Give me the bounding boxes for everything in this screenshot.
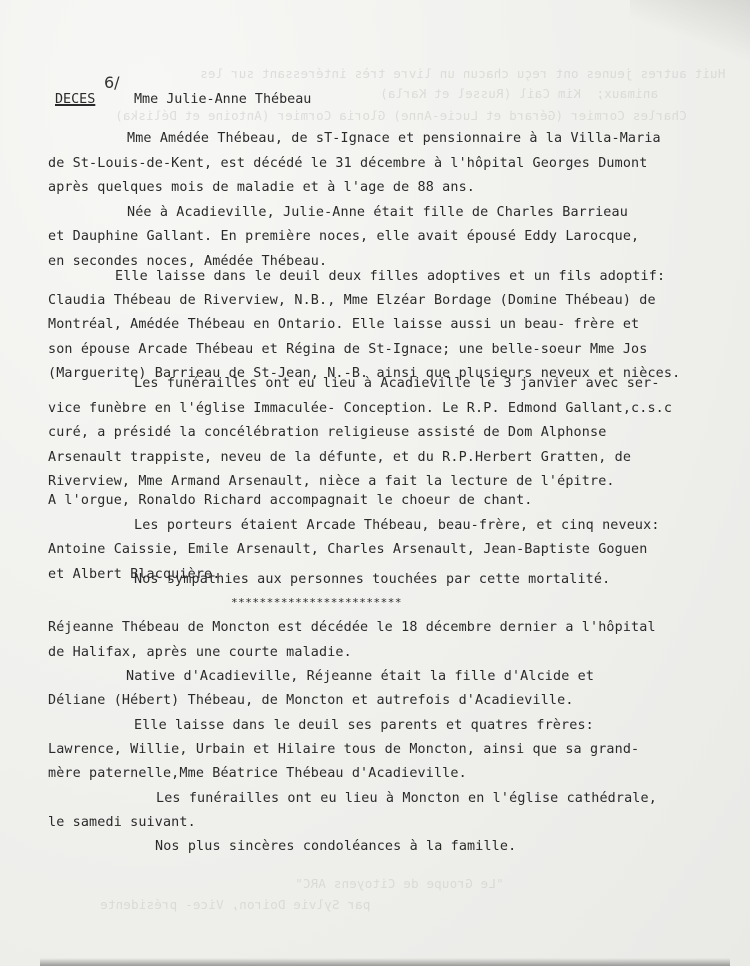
- page-edge-shadow: [40, 958, 730, 966]
- text-line: Nos plus sincères condoléances à la fami…: [155, 840, 516, 853]
- text-line: Native d'Acadieville, Réjeanne était la …: [126, 670, 594, 683]
- bleed-through-line: "Le Groupe de Citoyens ARC": [295, 876, 504, 891]
- section-heading: DECES: [55, 92, 95, 107]
- page-fold-shadow: [630, 0, 750, 60]
- text-line: mère paternelle,Mme Béatrice Thébeau d'A…: [48, 767, 467, 780]
- sympathy-line: Nos sympathies aux personnes touchées pa…: [134, 573, 610, 586]
- text-line: de St-Louis-de-Kent, est décédé le 31 dé…: [48, 157, 647, 170]
- text-line: Déliane (Hébert) Thébeau, de Moncton et …: [48, 694, 574, 707]
- text-line: Elle laisse dans le deuil deux filles ad…: [115, 270, 665, 283]
- text-line: son épouse Arcade Thébeau et Régina de S…: [48, 343, 647, 356]
- obituary-title: Mme Julie-Anne Thébeau: [134, 92, 311, 107]
- text-line: de Halifax, après une courte maladie.: [48, 646, 352, 659]
- text-line: Née à Acadieville, Julie-Anne était fill…: [127, 206, 628, 219]
- text-line: Mme Amédée Thébeau, de sT-Ignace et pens…: [127, 132, 661, 145]
- bleed-through-line: animaux; Kim Cail (Russel et Karla): [380, 86, 658, 101]
- text-line: Les porteurs étaient Arcade Thébeau, bea…: [134, 519, 660, 532]
- text-line: Arsenault trappiste, neveu de la défunte…: [48, 451, 631, 464]
- text-line: Montréal, Amédée Thébeau en Ontario. Ell…: [48, 318, 639, 331]
- text-line: Les funérailles ont eu lieu à Acadievill…: [134, 377, 660, 390]
- bleed-through-line: Huit autres jeunes ont reçu chacun un li…: [200, 66, 725, 81]
- text-line: A l'orgue, Ronaldo Richard accompagnait …: [48, 494, 533, 507]
- bleed-through-line: Charles Cormier (Gérard et Lucie-Anne) G…: [115, 108, 687, 123]
- scanned-page: Huit autres jeunes ont reçu chacun un li…: [0, 0, 750, 966]
- text-line: Riverview, Mme Armand Arsenault, nièce a…: [48, 475, 615, 488]
- text-line: en secondes noces, Amédée Thébeau.: [48, 255, 327, 268]
- text-line: Elle laisse dans le deuil ses parents et…: [134, 719, 594, 732]
- text-line: Réjeanne Thébeau de Moncton est décédée …: [48, 621, 656, 634]
- text-line: après quelques mois de maladie et à l'ag…: [48, 181, 475, 194]
- text-line: le samedi suivant.: [48, 816, 196, 829]
- separator: ************************: [231, 596, 402, 609]
- text-line: Claudia Thébeau de Riverview, N.B., Mme …: [48, 294, 656, 307]
- bleed-through-line: par Sylvie Doiron, Vice- présidente: [100, 897, 370, 912]
- text-line: et Dauphine Gallant. En première noces, …: [48, 230, 639, 243]
- page-number: 6/: [104, 73, 120, 92]
- text-line: curé, a présidé la concélébration religi…: [48, 426, 606, 439]
- text-line: Antoine Caissie, Emile Arsenault, Charle…: [48, 543, 647, 556]
- text-line: Les funérailles ont eu lieu à Moncton en…: [156, 792, 657, 805]
- text-line: Lawrence, Willie, Urbain et Hilaire tous…: [48, 743, 639, 756]
- text-line: vice funèbre en l'église Immaculée- Conc…: [48, 402, 672, 415]
